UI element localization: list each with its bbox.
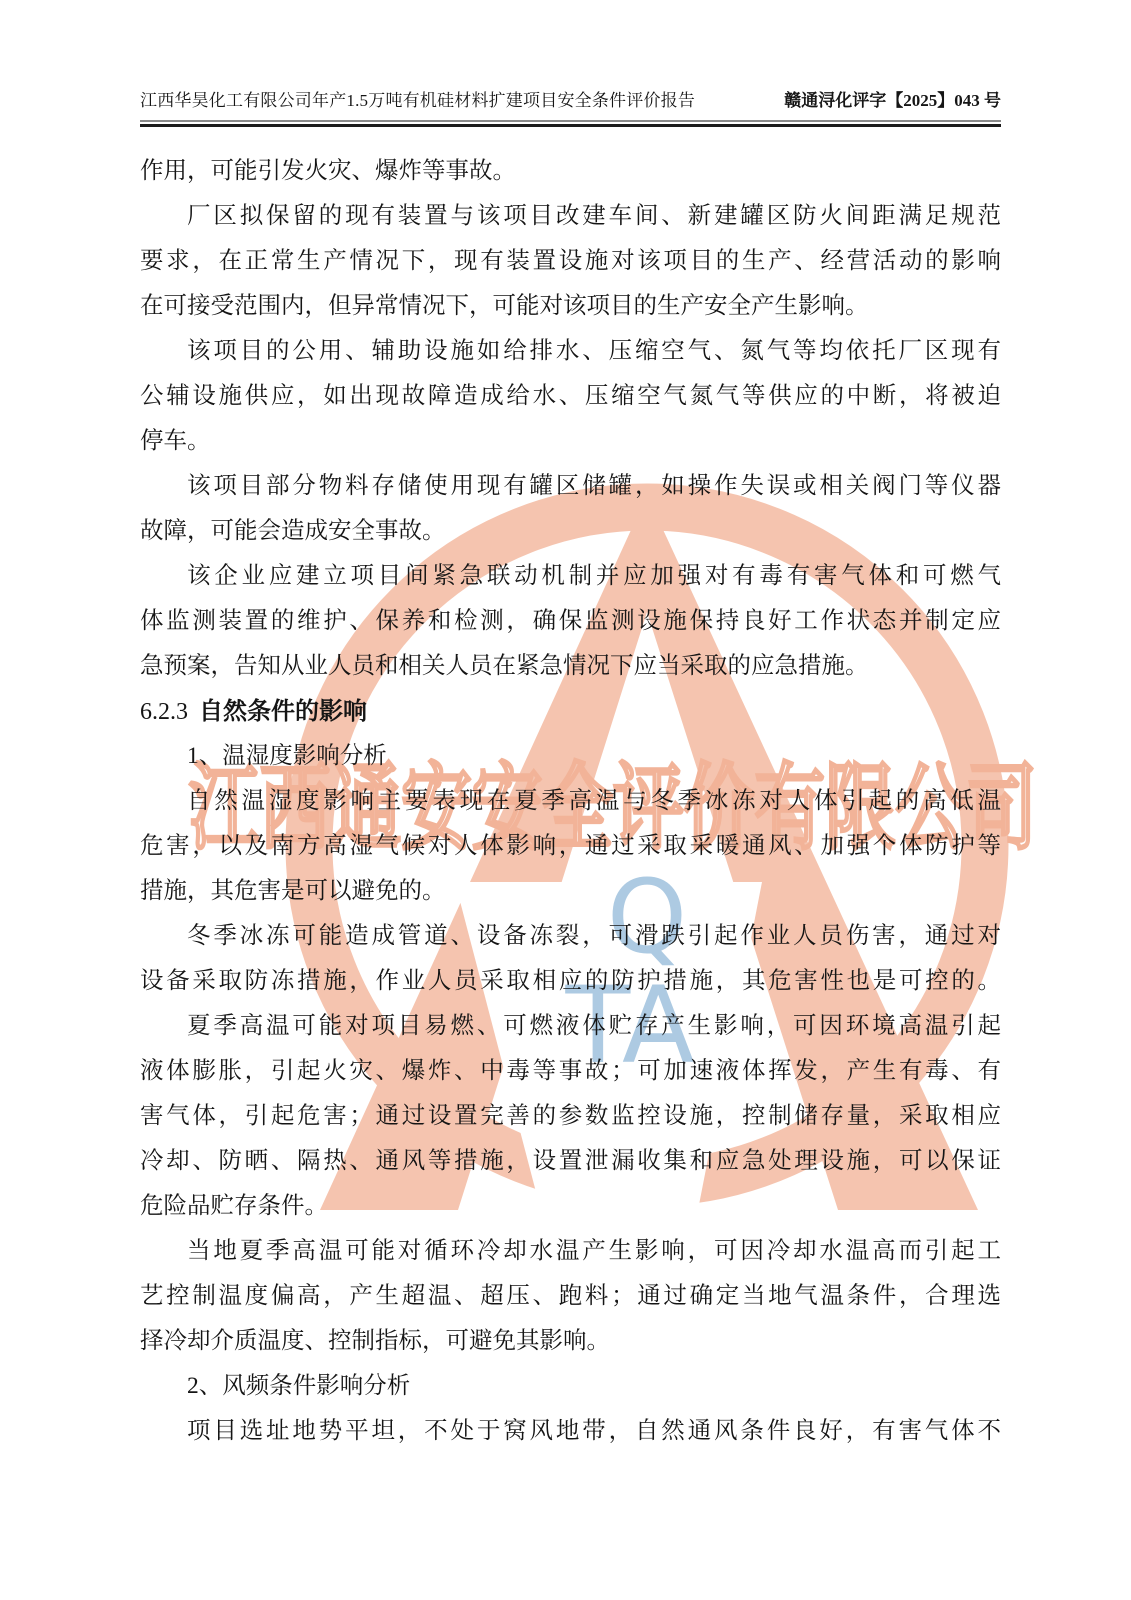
text-line: 故障，可能会造成安全事故。 xyxy=(140,509,1001,554)
report-title: 江西华昊化工有限公司年产1.5万吨有机硅材料扩建项目安全条件评价报告 xyxy=(140,86,695,111)
doc-number: 赣通浔化评字【2025】043 号 xyxy=(784,86,1001,111)
text-line: 2、风频条件影响分析 xyxy=(140,1364,1001,1409)
text-line: 1、温湿度影响分析 xyxy=(140,734,1001,779)
text-line: 作用，可能引发火灾、爆炸等事故。 xyxy=(140,149,1001,194)
text-line: 夏季高温可能对项目易燃、可燃液体贮存产生影响，可因环境高温引起 xyxy=(140,1004,1001,1049)
text-line: 该项目的公用、辅助设施如给排水、压缩空气、氮气等均依托厂区现有 xyxy=(140,329,1001,374)
text-line: 当地夏季高温可能对循环冷却水温产生影响，可因冷却水温高而引起工 xyxy=(140,1229,1001,1274)
section-heading: 6.2.3自然条件的影响 xyxy=(140,689,1001,734)
text-line: 厂区拟保留的现有装置与该项目改建车间、新建罐区防火间距满足规范 xyxy=(140,194,1001,239)
text-line: 液体膨胀，引起火灾、爆炸、中毒等事故；可加速液体挥发，产生有毒、有 xyxy=(140,1049,1001,1094)
text-line: 措施，其危害是可以避免的。 xyxy=(140,869,1001,914)
text-line: 体监测装置的维护、保养和检测，确保监测设施保持良好工作状态并制定应 xyxy=(140,599,1001,644)
text-line: 急预案，告知从业人员和相关人员在紧急情况下应当采取的应急措施。 xyxy=(140,644,1001,689)
text-line: 在可接受范围内，但异常情况下，可能对该项目的生产安全产生影响。 xyxy=(140,284,1001,329)
text-line: 艺控制温度偏高，产生超温、超压、跑料；通过确定当地气温条件，合理选 xyxy=(140,1274,1001,1319)
text-line: 设备采取防冻措施，作业人员采取相应的防护措施，其危害性也是可控的。 xyxy=(140,959,1001,1004)
text-line: 冷却、防晒、隔热、通风等措施，设置泄漏收集和应急处理设施，可以保证 xyxy=(140,1139,1001,1184)
document-body: 作用，可能引发火灾、爆炸等事故。厂区拟保留的现有装置与该项目改建车间、新建罐区防… xyxy=(140,149,1001,1454)
page-header: 江西华昊化工有限公司年产1.5万吨有机硅材料扩建项目安全条件评价报告 赣通浔化评… xyxy=(140,0,1001,120)
document-page: Q TA 江西通安安全评价有限公司 江西华昊化工有限公司年产1.5万吨有机硅材料… xyxy=(0,0,1131,1600)
text-line: 害气体，引起危害；通过设置完善的参数监控设施，控制储存量，采取相应 xyxy=(140,1094,1001,1139)
text-line: 该项目部分物料存储使用现有罐区储罐，如操作失误或相关阀门等仪器 xyxy=(140,464,1001,509)
text-line: 该企业应建立项目间紧急联动机制并应加强对有毒有害气体和可燃气 xyxy=(140,554,1001,599)
text-line: 自然温湿度影响主要表现在夏季高温与冬季冰冻对人体引起的高低温 xyxy=(140,779,1001,824)
text-line: 危险品贮存条件。 xyxy=(140,1184,1001,1229)
section-title: 自然条件的影响 xyxy=(199,698,367,725)
text-line: 停车。 xyxy=(140,419,1001,464)
text-line: 冬季冰冻可能造成管道、设备冻裂，可滑跌引起作业人员伤害，通过对 xyxy=(140,914,1001,959)
text-line: 择冷却介质温度、控制指标，可避免其影响。 xyxy=(140,1319,1001,1364)
page-content: 江西华昊化工有限公司年产1.5万吨有机硅材料扩建项目安全条件评价报告 赣通浔化评… xyxy=(0,0,1131,1454)
header-rule-thick xyxy=(140,124,1001,127)
text-line: 公辅设施供应，如出现故障造成给水、压缩空气氮气等供应的中断，将被迫 xyxy=(140,374,1001,419)
text-line: 危害，以及南方高湿气候对人体影响，通过采取采暖通风、加强个体防护等 xyxy=(140,824,1001,869)
text-line: 要求，在正常生产情况下，现有装置设施对该项目的生产、经营活动的影响 xyxy=(140,239,1001,284)
header-rule-thin xyxy=(140,120,1001,122)
text-line: 项目选址地势平坦，不处于窝风地带，自然通风条件良好，有害气体不 xyxy=(140,1409,1001,1454)
section-number: 6.2.3 xyxy=(140,699,188,725)
